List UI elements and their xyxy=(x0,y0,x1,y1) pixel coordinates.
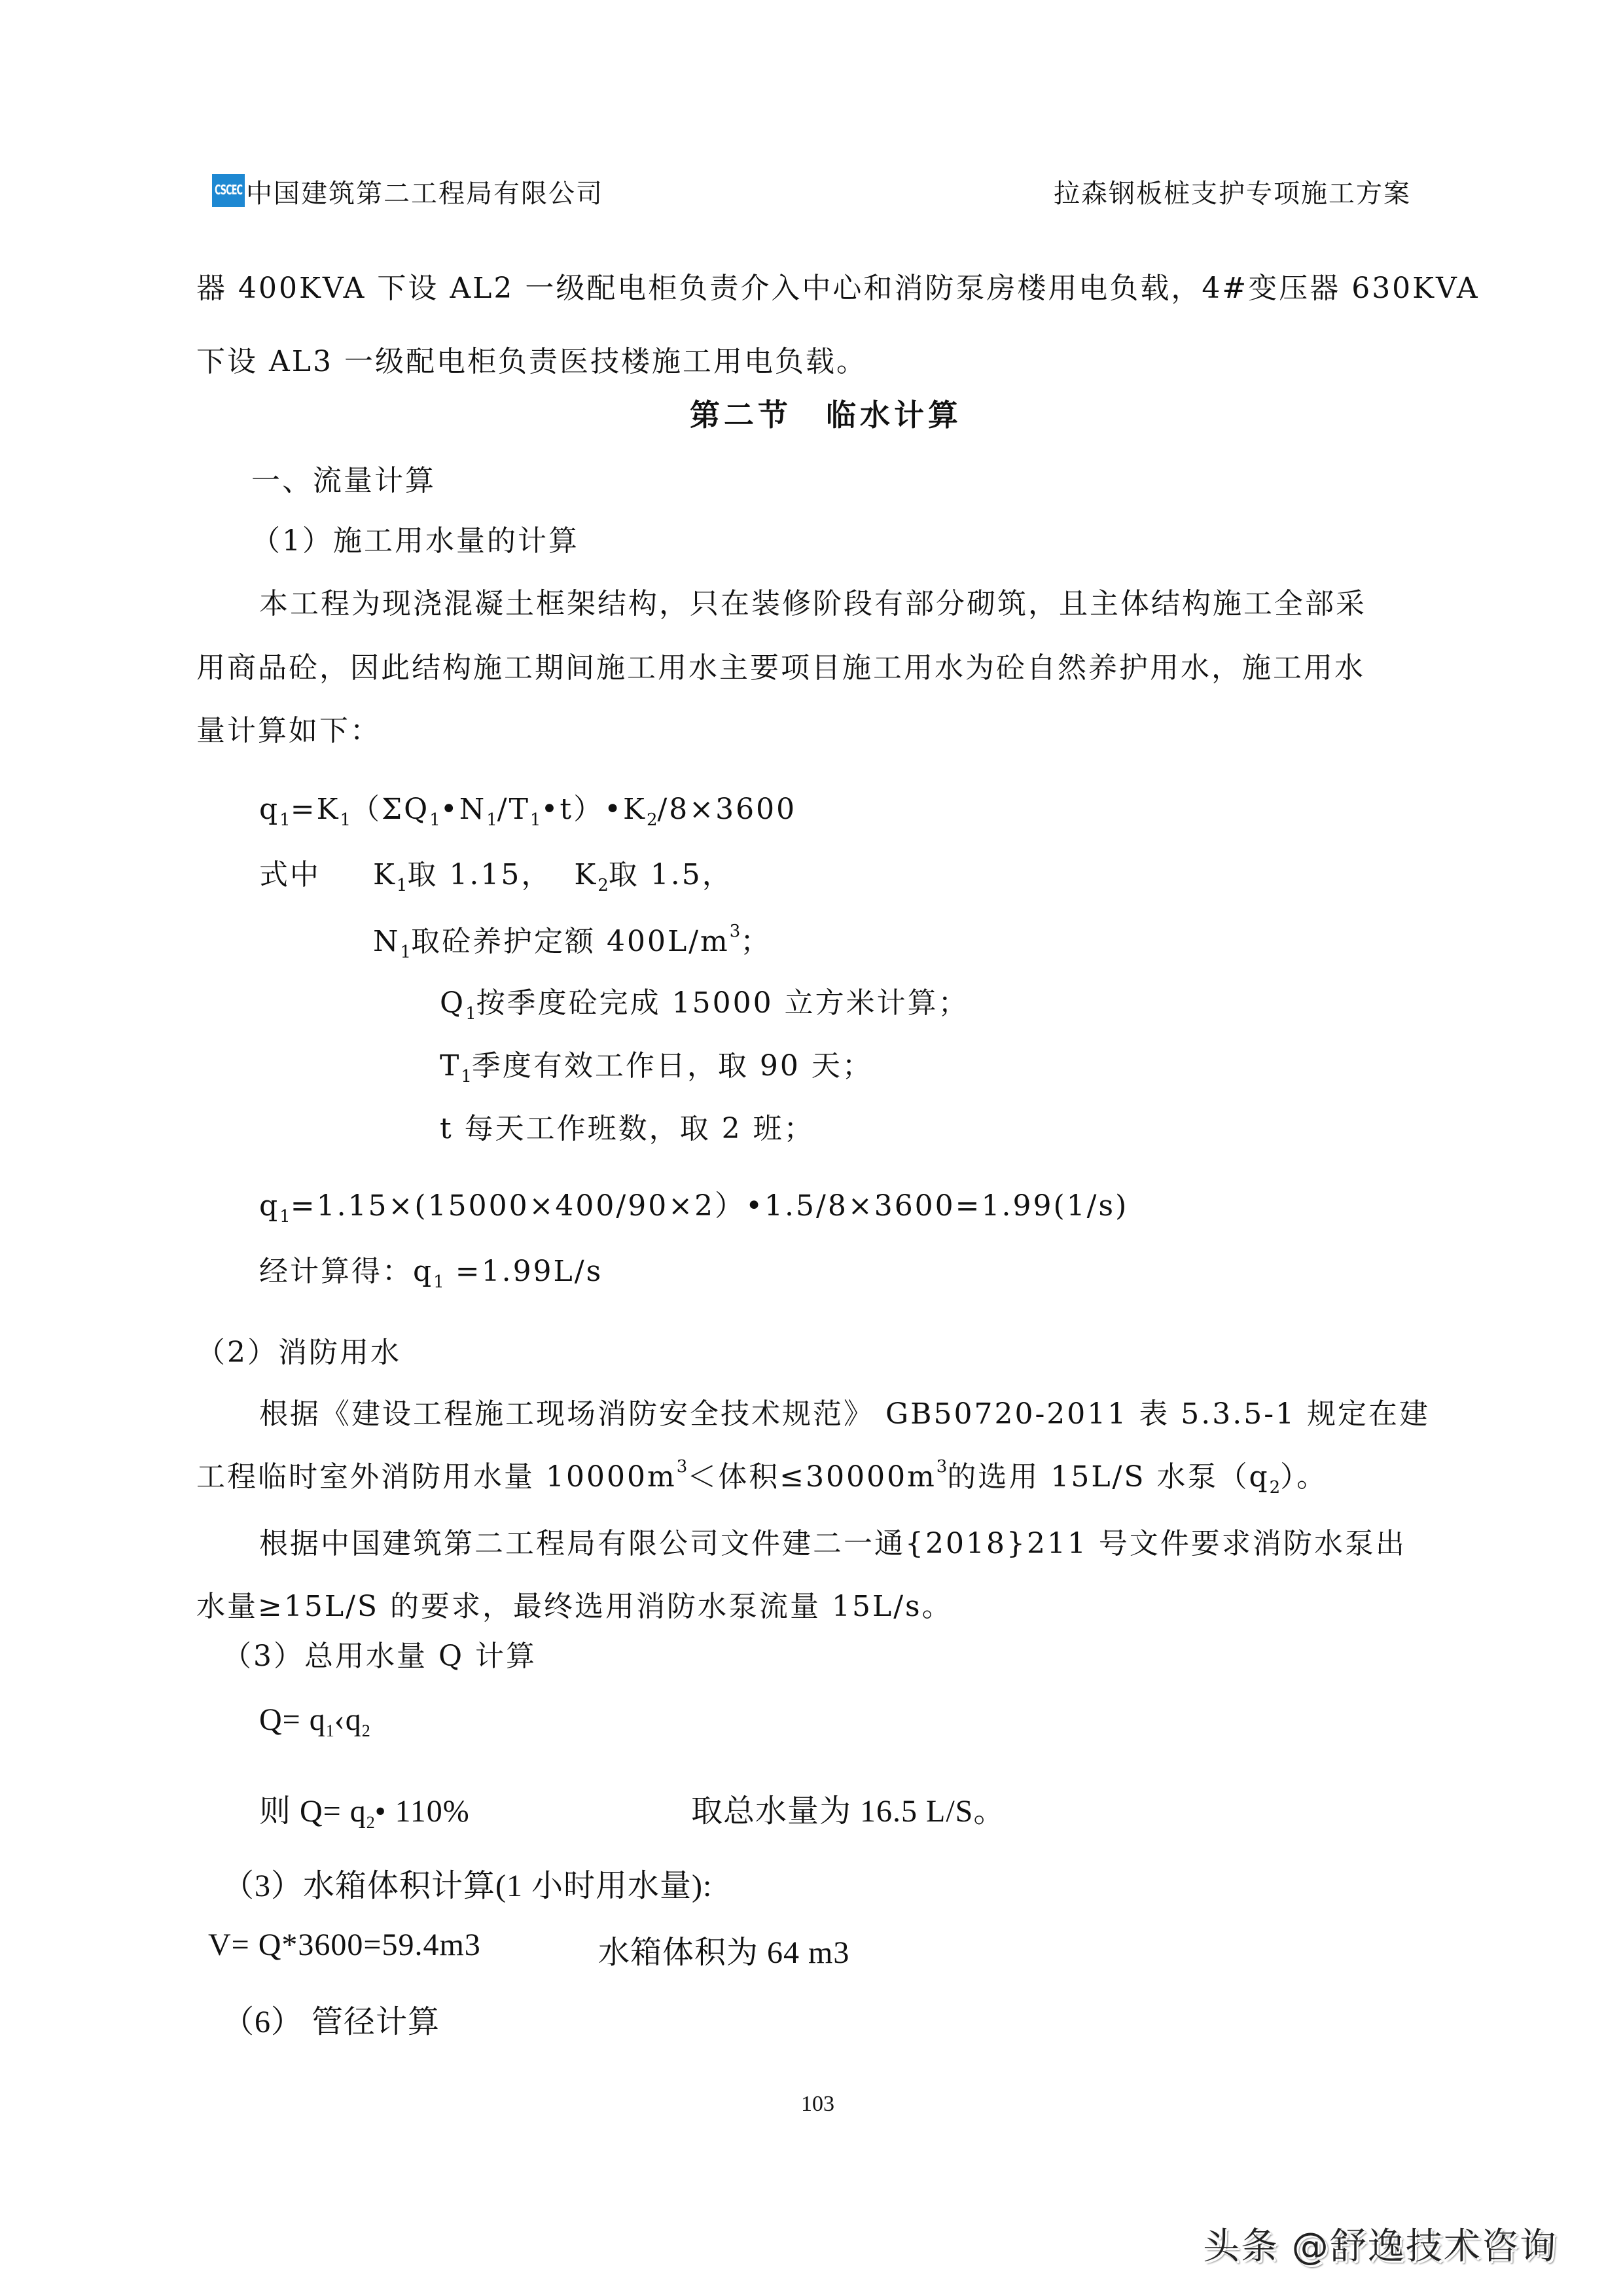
document-page: CSCEC 中国建筑第二工程局有限公司 拉森钢板桩支护专项施工方案 器 400K… xyxy=(0,0,1623,2296)
paragraph-line: 工程临时室外消防用水量 10000m3＜体积≤30000m3的选用 15L/S … xyxy=(196,1453,1327,1498)
q1-definition: Q1按季度砼完成 15000 立方米计算； xyxy=(440,979,969,1024)
q-comparison: Q= q1‹q2 xyxy=(259,1702,370,1741)
t-definition: t 每天工作班数，取 2 班； xyxy=(440,1105,815,1147)
heading-fire-water: （2）消防用水 xyxy=(196,1329,401,1371)
formula-q1: q1=K1（ΣQ1•N1/T1•t）•K2/8×3600 xyxy=(259,785,796,830)
total-q-result: 取总水量为 16.5 L/S。 xyxy=(691,1785,1005,1831)
formula-where-label: 式中 xyxy=(259,851,321,893)
heading-total-water: （3）总用水量 Q 计算 xyxy=(223,1632,537,1674)
header-company-name: 中国建筑第二工程局有限公司 xyxy=(246,173,603,210)
n1-definition: N1取砼养护定额 400L/m3； xyxy=(373,918,771,962)
paragraph-line: 量计算如下： xyxy=(196,707,381,749)
paragraph-line: 本工程为现浇混凝土框架结构，只在装修阶段有部分砌筑，且主体结构施工全部采 xyxy=(259,580,1366,622)
formula-calculation: q1=1.15×(15000×400/90×2）•1.5/8×3600=1.99… xyxy=(259,1182,1128,1227)
k-values: K1取 1.15， K2取 1.5， xyxy=(373,851,733,895)
heading-construction-water: （1）施工用水量的计算 xyxy=(251,517,579,559)
total-q-formula: 则 Q= q2• 110% xyxy=(259,1785,470,1833)
heading-tank-volume: （3）水箱体积计算(1 小时用水量): xyxy=(223,1860,712,1905)
section-title: 第二节 临水计算 xyxy=(690,391,962,435)
header-document-title: 拉森钢板桩支护专项施工方案 xyxy=(1054,173,1411,210)
paragraph-line: 用商品砼，因此结构施工期间施工用水主要项目施工用水为砼自然养护用水，施工用水 xyxy=(196,644,1365,686)
intro-line-2: 下设 AL3 一级配电柜负责医技楼施工用电负载。 xyxy=(196,338,867,380)
company-logo-icon: CSCEC xyxy=(212,174,245,207)
watermark: 头条 @舒逸技术咨询 xyxy=(1203,2217,1558,2270)
calculation-result: 经计算得：q1 =1.99L/s xyxy=(259,1247,603,1292)
page-number: 103 xyxy=(801,2092,834,2117)
volume-formula: V= Q*3600=59.4m3 xyxy=(208,1927,481,1963)
t1-definition: T1季度有效工作日，取 90 天； xyxy=(440,1042,873,1086)
volume-result: 水箱体积为 64 m3 xyxy=(598,1927,849,1972)
heading-flow-calculation: 一、流量计算 xyxy=(251,457,436,499)
paragraph-line: 根据中国建筑第二工程局有限公司文件建二一通{2018}211 号文件要求消防水泵… xyxy=(259,1520,1406,1562)
heading-pipe-diameter: （6） 管径计算 xyxy=(223,1996,440,2041)
intro-line-1: 器 400KVA 下设 AL2 一级配电柜负责介入中心和消防泵房楼用电负载，4#… xyxy=(196,264,1480,306)
paragraph-line: 根据《建设工程施工现场消防安全技术规范》 GB50720-2011 表 5.3.… xyxy=(259,1390,1430,1432)
paragraph-line: 水量≥15L/S 的要求，最终选用消防水泵流量 15L/s。 xyxy=(196,1583,953,1624)
